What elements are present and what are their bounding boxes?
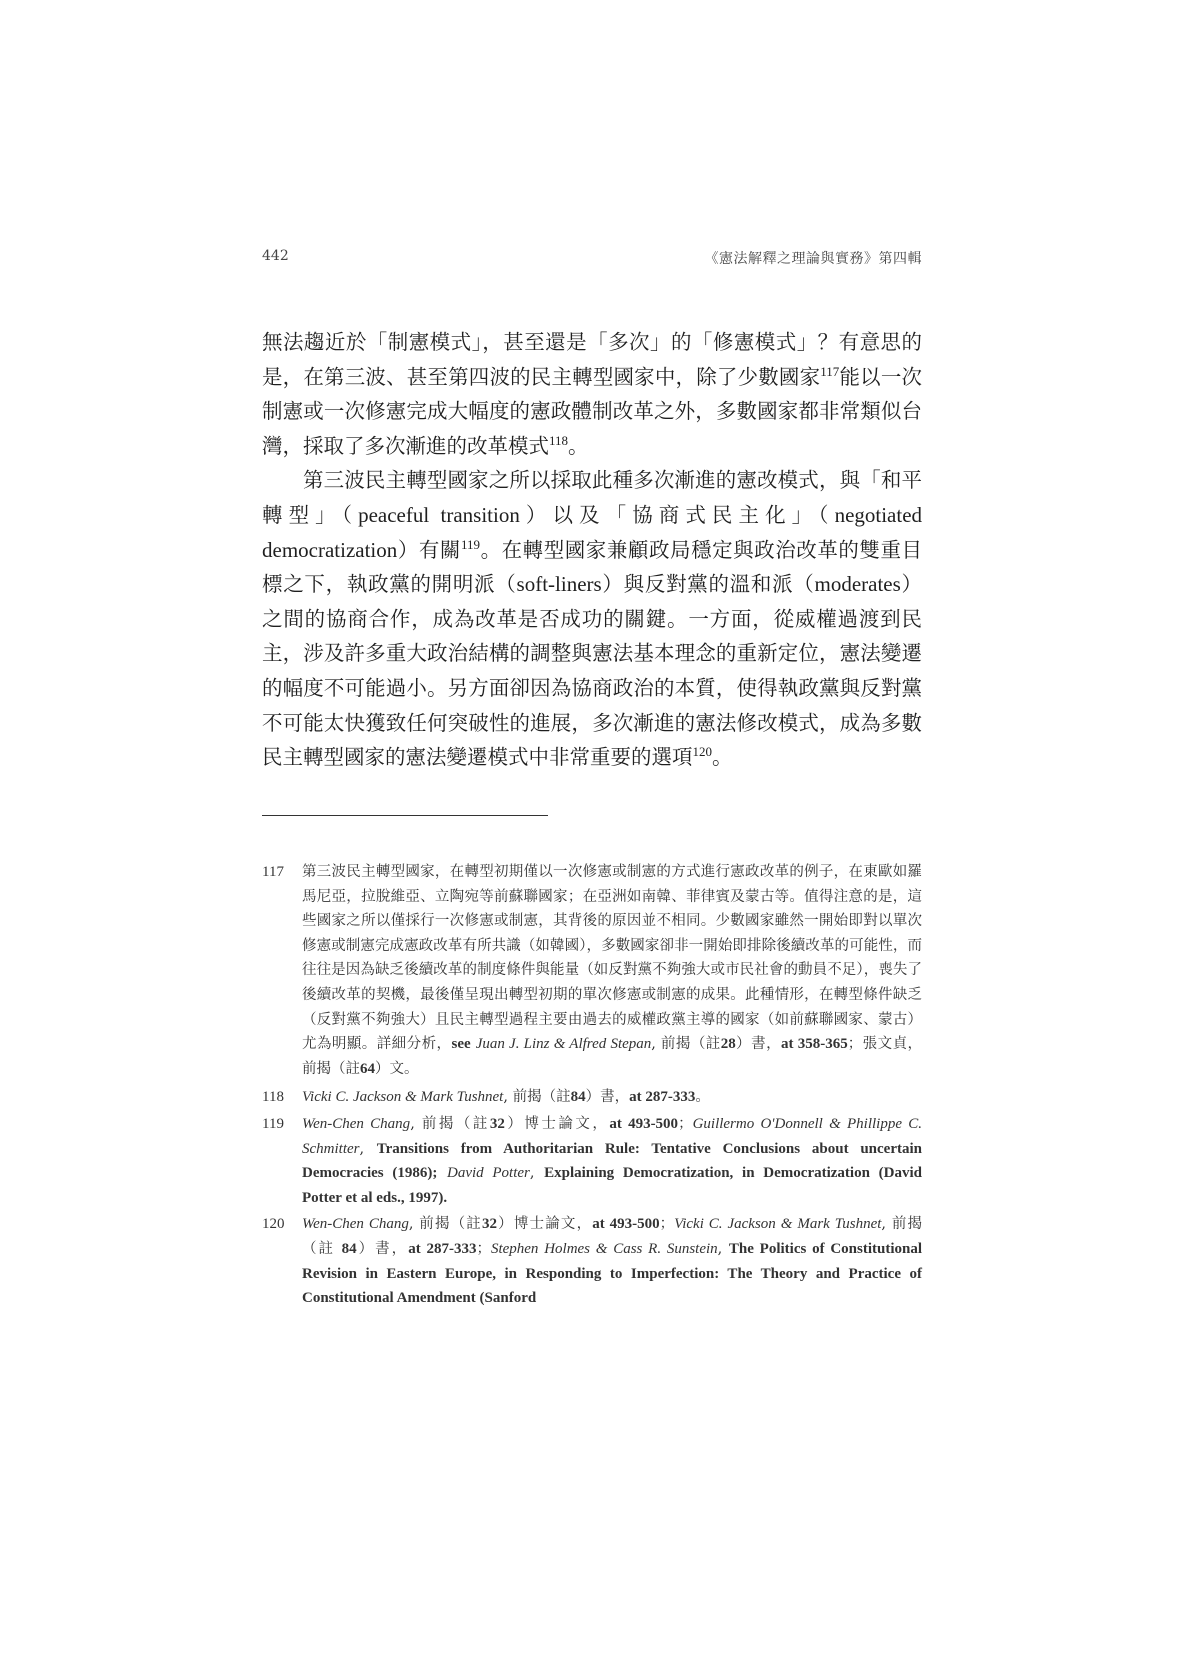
author-citation: Vicki C. Jackson & Mark Tushnet xyxy=(302,1089,503,1105)
footnote-120: 120Wen-Chen Chang, 前揭（註32）博士論文，at 493-50… xyxy=(262,1212,922,1310)
text-run: ）以及「協商式民主化」（ xyxy=(520,503,835,527)
text-run: , 前揭（註 xyxy=(409,1216,482,1232)
text-run: 。 xyxy=(712,745,733,769)
paragraph-1: 無法趨近於「制憲模式」，甚至還是「多次」的「修憲模式」？有意思的是，在第三波、甚… xyxy=(262,325,922,463)
footnote-number: 117 xyxy=(262,860,284,885)
text-run: ）與反對黨的溫和派（ xyxy=(602,572,815,596)
footnote-118: 118Vicki C. Jackson & Mark Tushnet, 前揭（註… xyxy=(262,1085,922,1110)
text-run: , xyxy=(718,1241,729,1257)
author-citation: Wen-Chen Chang xyxy=(302,1216,409,1232)
text-run: , 前揭（註 xyxy=(410,1116,490,1132)
page-range: at 287-333 xyxy=(408,1241,476,1257)
text-run: , xyxy=(530,1165,544,1181)
author-citation: David Potter xyxy=(447,1165,530,1181)
author-citation: Vicki C. Jackson & Mark Tushnet xyxy=(674,1216,881,1232)
text-run: ）文。 xyxy=(375,1061,419,1077)
footnotes: 117第三波民主轉型國家，在轉型初期僅以一次修憲或制憲的方式進行憲政改革的例子，… xyxy=(262,860,922,1311)
footnote-ref-118[interactable]: 118 xyxy=(549,433,568,448)
page-range: at 493-500 xyxy=(609,1116,678,1132)
english-term: moderates xyxy=(815,572,901,596)
text-run xyxy=(437,1165,447,1181)
page-number: 442 xyxy=(262,248,289,264)
text-run: , xyxy=(360,1141,377,1157)
text-run: , 前揭（註 xyxy=(503,1089,570,1105)
bold-run: see xyxy=(451,1036,470,1052)
footnote-number: 119 xyxy=(262,1112,284,1137)
footnote-ref-119[interactable]: 119 xyxy=(461,537,480,552)
text-run: ）書， xyxy=(736,1036,781,1052)
body-text: 無法趨近於「制憲模式」，甚至還是「多次」的「修憲模式」？有意思的是，在第三波、甚… xyxy=(262,325,922,775)
bold-run: 32 xyxy=(490,1116,505,1132)
footnote-119: 119Wen-Chen Chang, 前揭（註32）博士論文，at 493-50… xyxy=(262,1112,922,1210)
document-page: 442 《憲法解釋之理論與實務》第四輯 無法趨近於「制憲模式」，甚至還是「多次」… xyxy=(0,0,1177,1664)
footnote-ref-120[interactable]: 120 xyxy=(693,744,713,759)
text-run: ）博士論文， xyxy=(505,1116,609,1132)
bold-run: 64 xyxy=(360,1061,375,1077)
text-run: ； xyxy=(678,1116,693,1132)
text-run: ； xyxy=(660,1216,675,1232)
text-run: ）之間的協商合作，成為改革是否成功的關鍵。一方面，從威權過渡到民主，涉及許多重大… xyxy=(262,572,922,769)
footnote-number: 118 xyxy=(262,1085,284,1110)
page-range: at 493-500 xyxy=(592,1216,659,1232)
author-citation: Juan J. Linz & Alfred Stepan xyxy=(476,1036,652,1052)
text-run: ）書， xyxy=(357,1241,409,1257)
footnote-divider xyxy=(262,815,548,816)
page-range: at 287-333 xyxy=(629,1089,695,1105)
text-run: ）有關 xyxy=(397,538,461,562)
bold-run: 28 xyxy=(721,1036,736,1052)
english-term: soft-liners xyxy=(517,572,602,596)
bold-run: 84 xyxy=(571,1089,586,1105)
text-run: ）書， xyxy=(586,1089,630,1105)
author-citation: Wen-Chen Chang xyxy=(302,1116,410,1132)
page-header: 442 《憲法解釋之理論與實務》第四輯 xyxy=(262,248,922,272)
text-run: 。 xyxy=(568,434,589,458)
text-run: 第三波民主轉型國家，在轉型初期僅以一次修憲或制憲的方式進行憲政改革的例子，在東歐… xyxy=(302,864,922,1052)
english-term: peaceful transition xyxy=(358,503,520,527)
footnote-117: 117第三波民主轉型國家，在轉型初期僅以一次修憲或制憲的方式進行憲政改革的例子，… xyxy=(262,860,922,1081)
text-run: ； xyxy=(476,1241,491,1257)
paragraph-2: 第三波民主轉型國家之所以採取此種多次漸進的憲改模式，與「和平轉型」（peacef… xyxy=(262,463,922,774)
text-run: ）博士論文， xyxy=(497,1216,592,1232)
text-run: , 前揭（註 xyxy=(651,1036,720,1052)
running-title: 《憲法解釋之理論與實務》第四輯 xyxy=(705,248,923,268)
footnote-number: 120 xyxy=(262,1212,285,1237)
footnote-ref-117[interactable]: 117 xyxy=(820,364,839,379)
text-run: 。 xyxy=(695,1089,710,1105)
bold-run: 32 xyxy=(482,1216,497,1232)
bold-run: 84 xyxy=(342,1241,357,1257)
author-citation: Stephen Holmes & Cass R. Sunstein xyxy=(491,1241,718,1257)
text-run: 無法趨近於「制憲模式」，甚至還是「多次」的「修憲模式」？有意思的是，在第三波、甚… xyxy=(262,330,922,389)
page-range: at 358-365 xyxy=(781,1036,848,1052)
